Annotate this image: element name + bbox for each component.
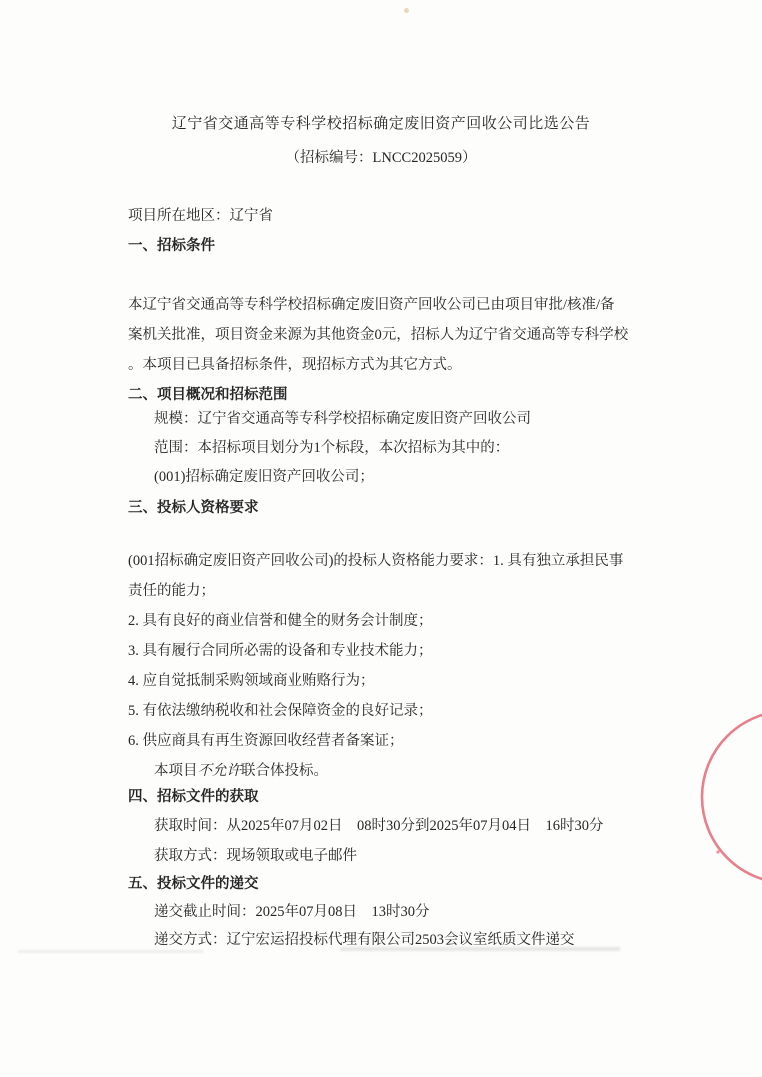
qualification-line: 3. 具有履行合同所必需的设备和专业技术能力；: [128, 636, 654, 666]
scan-speck: [404, 8, 409, 13]
qualification-line: 6. 供应商具有再生资源回收经营者备案证；: [128, 726, 654, 756]
section4-body: 获取时间：从2025年07月02日 08时30分到2025年07月04日 16时…: [128, 811, 654, 871]
note-text: 本项目: [154, 763, 198, 779]
lot-001: (001)招标确定废旧资产回收公司；: [154, 463, 654, 492]
section1-body: 本辽宁省交通高等专科学校招标确定废旧资产回收公司已由项目审批/核准/备 案机关批…: [128, 290, 654, 380]
section3-heading: 三、投标人资格要求: [128, 498, 654, 518]
seal-ring: [702, 711, 762, 883]
seal-separator-dot: [716, 850, 719, 853]
project-scope: 范围：本招标项目划分为1个标段，本次招标为其中的：: [154, 434, 654, 463]
paragraph-line: 案机关批准，项目资金来源为其他资金0元，招标人为辽宁省交通高等专科学校: [128, 320, 654, 350]
section5-body: 递交截止时间：2025年07月08日 13时30分 递交方式：辽宁宏运招投标代理…: [128, 898, 654, 954]
section5-heading: 五、投标文件的递交: [128, 874, 654, 894]
paragraph-line: 本辽宁省交通高等专科学校招标确定废旧资产回收公司已由项目审批/核准/备: [128, 290, 654, 320]
qualification-line: 2. 具有良好的商业信誉和健全的财务会计制度；: [128, 606, 654, 636]
document-page: 辽宁省交通高等专科学校招标确定废旧资产回收公司比选公告 （招标编号：LNCC20…: [0, 0, 762, 1077]
qualification-line: 4. 应自觉抵制采购领域商业贿赂行为；: [128, 666, 654, 696]
section4-heading: 四、招标文件的获取: [128, 787, 654, 807]
project-scale: 规模：辽宁省交通高等专科学校招标确定废旧资产回收公司: [154, 405, 654, 434]
obtain-time: 获取时间：从2025年07月02日 08时30分到2025年07月04日 16时…: [154, 811, 654, 841]
obtain-method: 获取方式：现场领取或电子邮件: [154, 841, 654, 871]
scan-smudge: [340, 947, 620, 951]
qualification-line: 责任的能力；: [128, 576, 654, 606]
section2-body: 规模：辽宁省交通高等专科学校招标确定废旧资产回收公司 范围：本招标项目划分为1个…: [128, 405, 654, 492]
company-seal-stamp: 辽宁宏运招投标: [680, 702, 762, 892]
note-text: 联合体投标。: [241, 763, 328, 779]
qualification-line: (001招标确定废旧资产回收公司)的投标人资格能力要求：1. 具有独立承担民事: [128, 546, 654, 576]
scan-smudge: [18, 950, 203, 953]
section3-body: (001招标确定废旧资产回收公司)的投标人资格能力要求：1. 具有独立承担民事 …: [128, 546, 654, 786]
note-italic-text: 不允许: [198, 763, 242, 779]
qualification-line: 5. 有依法缴纳税收和社会保障资金的良好记录；: [128, 696, 654, 726]
section2-heading: 二、项目概况和招标范围: [128, 385, 654, 405]
project-location: 项目所在地区：辽宁省: [128, 204, 654, 225]
section1-heading: 一、招标条件: [128, 236, 654, 256]
paragraph-line: 。本项目已具备招标条件，现招标方式为其它方式。: [128, 350, 654, 380]
page-title: 辽宁省交通高等专科学校招标确定废旧资产回收公司比选公告: [0, 112, 762, 133]
consortium-note: 本项目不允许联合体投标。: [154, 756, 654, 786]
submit-deadline: 递交截止时间：2025年07月08日 13时30分: [154, 898, 654, 926]
tender-number: （招标编号：LNCC2025059）: [0, 146, 762, 167]
